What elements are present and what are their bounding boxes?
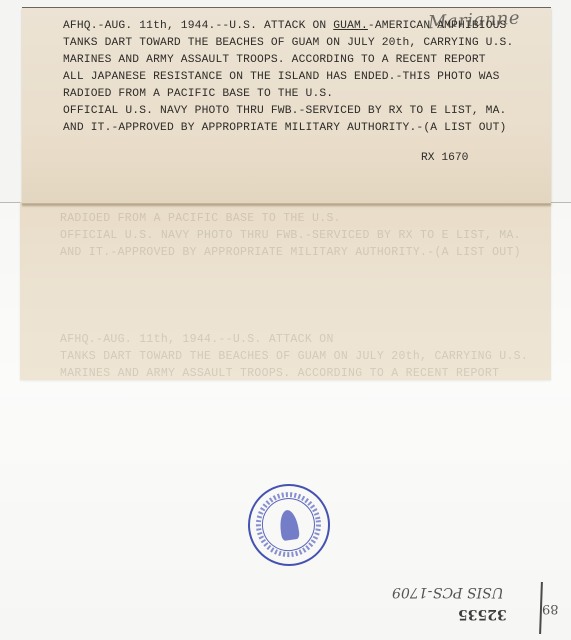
caption-text: AFHQ.-AUG. 11th, 1944.--U.S. ATTACK ON G… [63,18,513,137]
caption-line: AND IT.-APPROVED BY APPROPRIATE MILITARY… [63,122,506,134]
bleed-through-text: RADIOED FROM A PACIFIC BASE TO THE U.S. [60,212,341,225]
ink-stamp [243,479,336,572]
caption-line: ALL JAPANESE RESISTANCE ON THE ISLAND HA… [63,71,500,83]
handwritten-inventory-number: 32535 [458,606,507,622]
caption-line: AFHQ.-AUG. 11th, 1944.--U.S. ATTACK ON [63,20,333,32]
mounted-paper: TANKS DART TOWARD THE BEACHES OF GUAM ON… [20,202,551,380]
bleed-through-text: TANKS DART TOWARD THE BEACHES OF GUAM ON… [60,350,528,363]
caption-location-underlined: GUAM. [333,20,368,32]
caption-line: -AMERICAN AMPHIBIOUS [368,20,507,32]
handwritten-catalog-note: USIS PCS-1709 [392,584,504,600]
caption-line: MARINES AND ARMY ASSAULT TROOPS. ACCORDI… [63,54,486,66]
bleed-through-text: OFFICIAL U.S. NAVY PHOTO THRU FWB.-SERVI… [60,229,521,242]
bleed-through-text: AND IT.-APPROVED BY APPROPRIATE MILITARY… [60,246,521,259]
caption-line: RADIOED FROM A PACIFIC BASE TO THE U.S. [63,88,333,100]
caption-line: OFFICIAL U.S. NAVY PHOTO THRU FWB.-SERVI… [63,105,506,117]
bleed-through-text: MARINES AND ARMY ASSAULT TROOPS. ACCORDI… [60,367,499,380]
bleed-through-text: AFHQ.-AUG. 11th, 1944.--U.S. ATTACK ON [60,333,341,346]
reference-number: RX 1670 [421,152,468,164]
caption-line: TANKS DART TOWARD THE BEACHES OF GUAM ON… [63,37,513,49]
handwritten-side-number: 89 [542,601,559,616]
